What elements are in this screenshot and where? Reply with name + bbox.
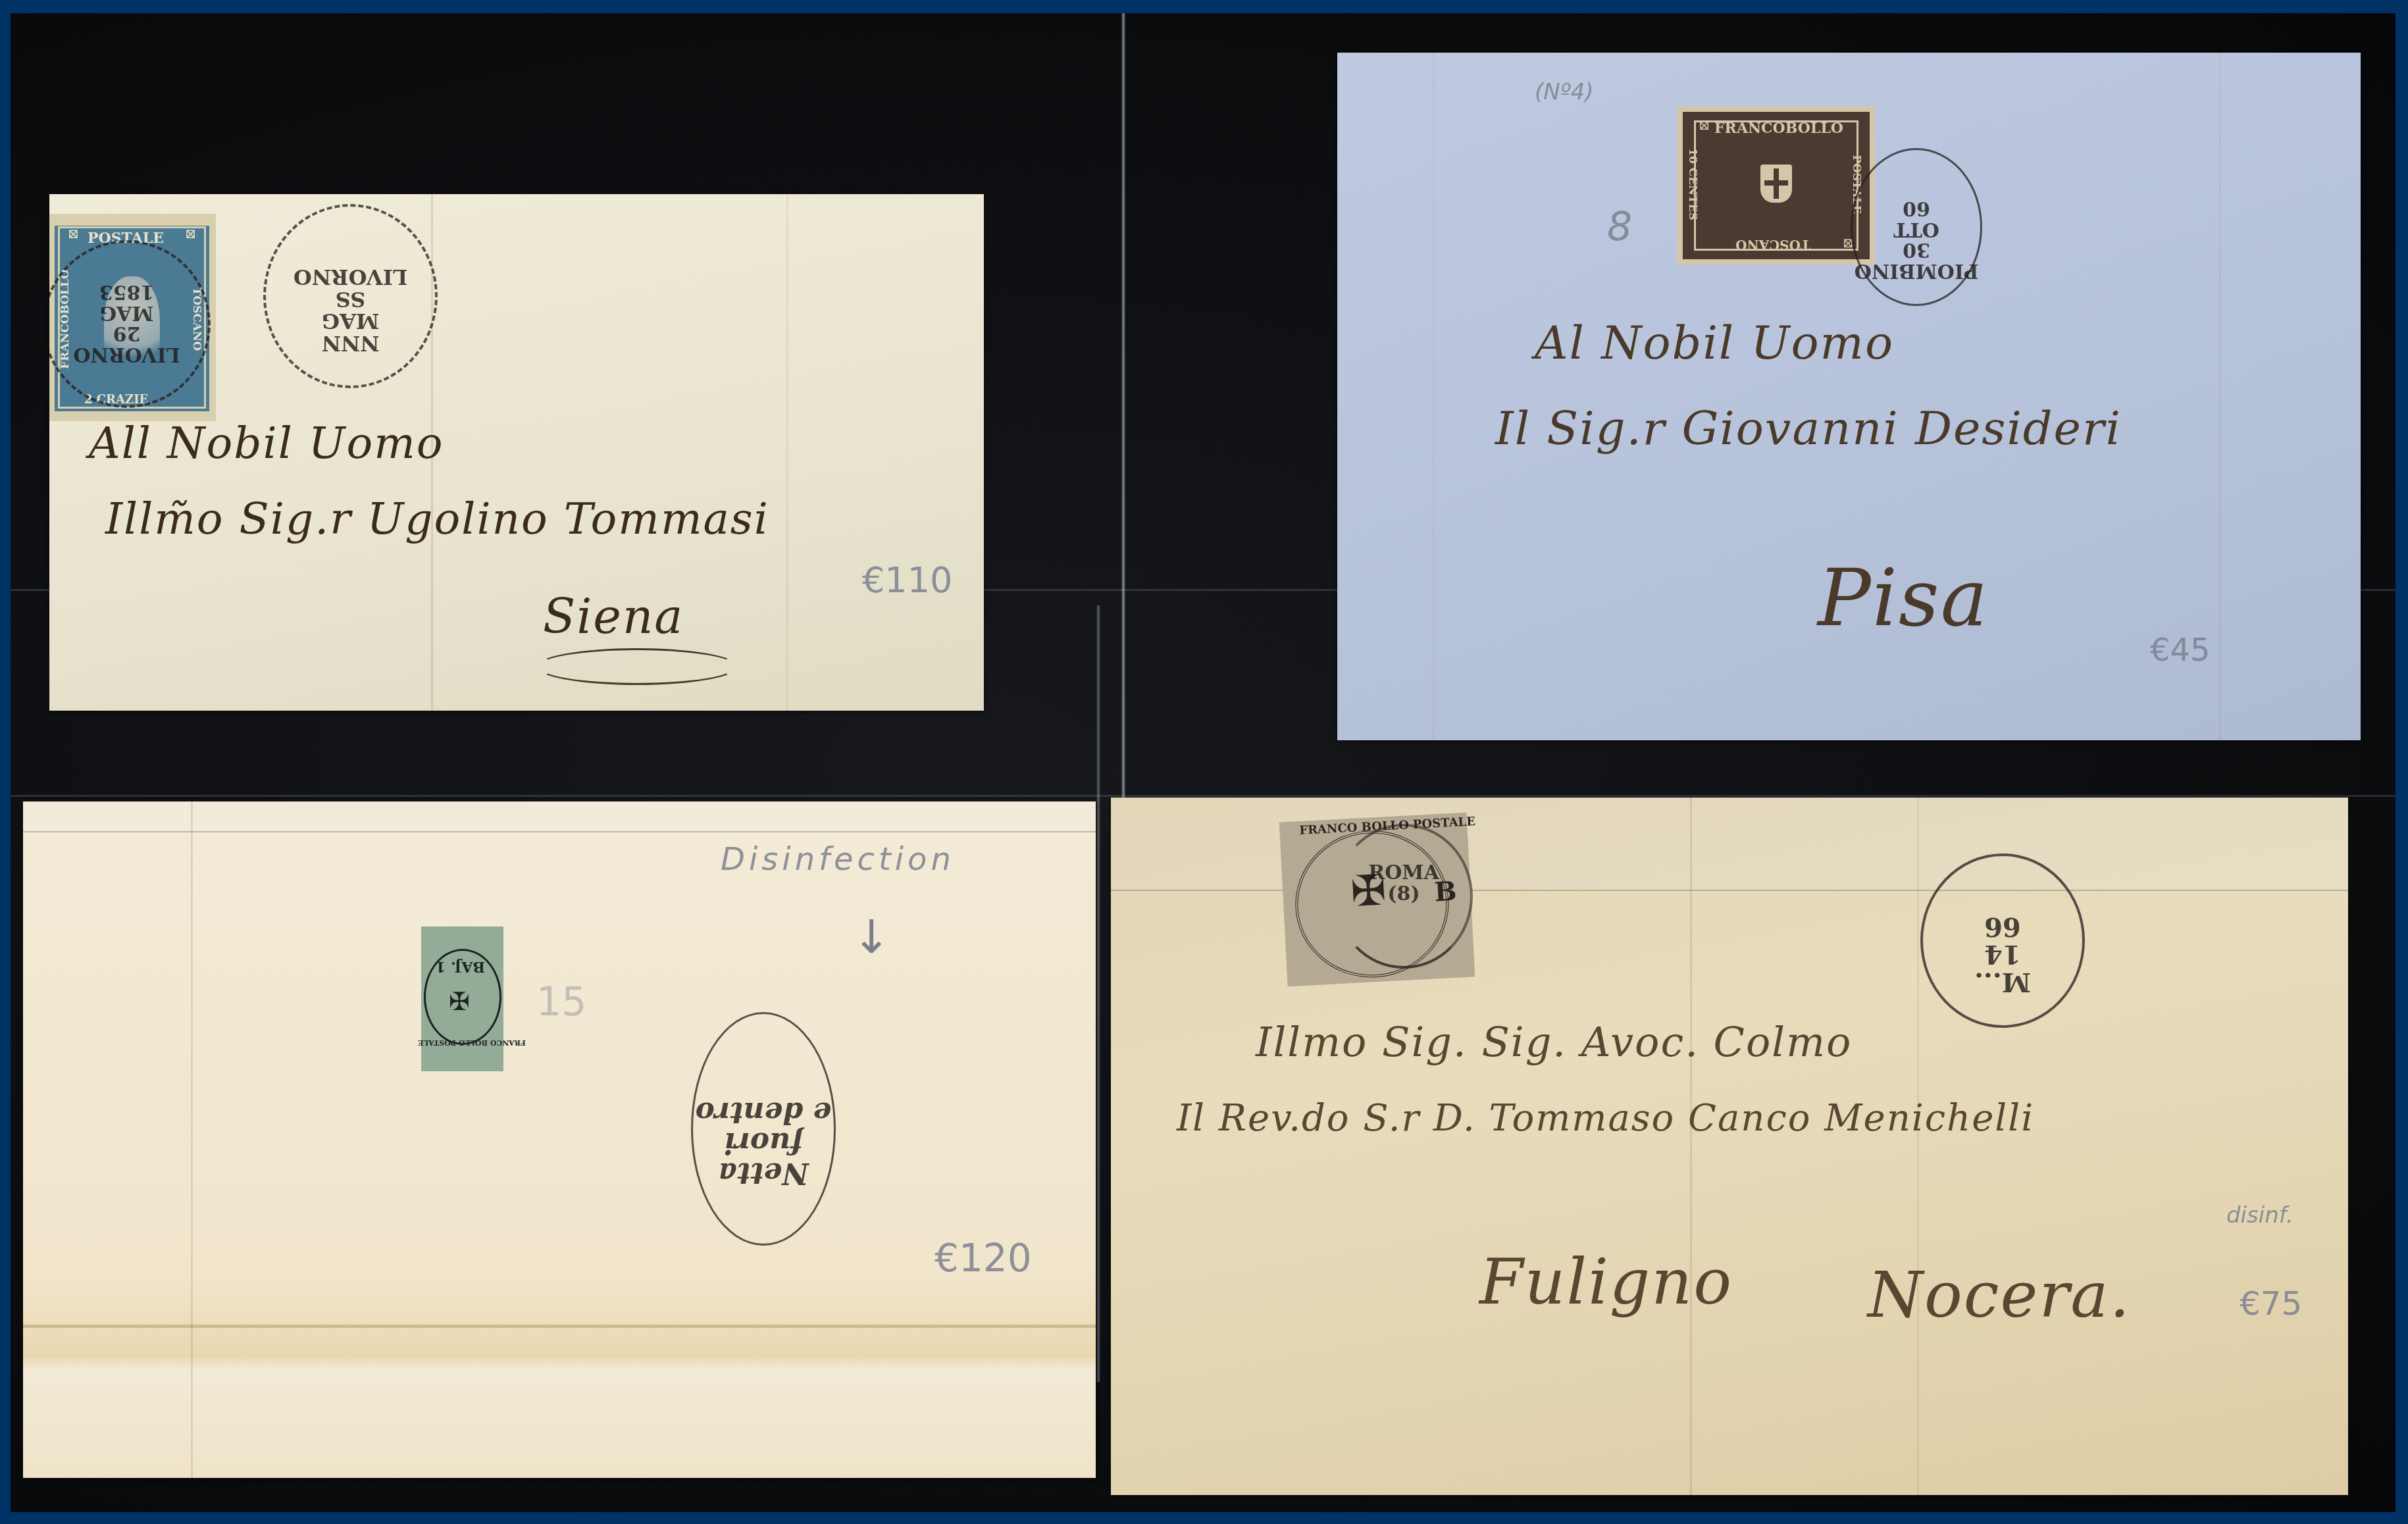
cancel-postmark-roma: ROMA (8)	[1335, 824, 1473, 969]
cover-piombino-to-pisa: (Nº4) 8 FRANCOBOLLO TOSCANO 10 CENTES PO…	[1337, 53, 2361, 740]
cover-livorno-to-siena: POSTALE 2 CRAZIE FRANCOBOLLO TOSCANO ⊠ ⊠…	[49, 194, 984, 711]
price-note: €110	[862, 559, 952, 601]
price-note: €120	[935, 1236, 1032, 1281]
arrow-down-icon: ↓	[852, 910, 891, 964]
mount-strip-edge	[11, 795, 2395, 797]
address-city: Siena	[543, 589, 684, 644]
disinfection-label: Disinfection	[721, 841, 955, 878]
address-line-1: All Nobil Uomo	[89, 418, 444, 469]
stamp-ring-text: FRANCO BOLLO POSTALE	[418, 1038, 526, 1047]
mount-strip-divider	[1121, 13, 1125, 809]
cover-papal-disinfected: Disinfection ↓ 15 BAJ. 1 FRANCO BOLLO PO…	[23, 801, 1096, 1478]
mount-strip-divider	[1096, 605, 1100, 1382]
town-postmark: M... 14 66	[1920, 853, 2085, 1028]
address-line-2: Il Rev.do S.r D. Tommaso Canco Menichell…	[1177, 1097, 2034, 1140]
corner-ornament-icon: ⊠	[60, 227, 87, 250]
stamp-top-text: FRANCOBOLLO	[1714, 120, 1843, 137]
docket-note: (Nº4)	[1535, 79, 1594, 105]
arrival-postmark: NNN MAG SS LIVORNO	[263, 204, 438, 388]
address-city: Pisa	[1818, 553, 1989, 644]
pencil-number: 15	[536, 979, 586, 1025]
price-note: €45	[2150, 632, 2211, 669]
address-line-1: Al Nobil Uomo	[1535, 316, 1894, 370]
corner-ornament-icon: ⊠	[177, 227, 204, 250]
fold-line	[2219, 53, 2221, 740]
fold-line	[786, 194, 788, 711]
stamp-bottom-text: TOSCANO	[1735, 237, 1810, 253]
savoy-cross-icon	[1760, 165, 1792, 203]
cover-papal-to-nocera: FRANCO BOLLO POSTALE B ✠ ROMA (8) M... 1…	[1111, 798, 2348, 1495]
address-line-2: Il Sig.r Giovanni Desideri	[1495, 401, 2122, 455]
town-postmark-piombino: PIOMBINO 30 OTT 60	[1851, 148, 1982, 306]
stamp-left-text: 10 CENTES	[1686, 148, 1699, 220]
mount-sleeve	[23, 801, 1096, 832]
address-city-2: Nocera.	[1868, 1258, 2131, 1332]
address-city-1: Fuligno	[1479, 1245, 1733, 1319]
keys-icon: ✠	[446, 989, 473, 1015]
stamp-tuscany-10-centesimi: FRANCOBOLLO TOSCANO 10 CENTES POSTALE ⊠ …	[1678, 107, 1875, 265]
address-line-2: Illm̃o Sig.r Ugolino Tommasi	[105, 494, 769, 544]
fold-line	[23, 1325, 1096, 1328]
pencil-disinfection-note: disinf.	[2226, 1202, 2293, 1229]
address-line-1: Illmo Sig. Sig. Avoc. Colmo	[1256, 1018, 1852, 1066]
disinfection-cachet: Netta fuori e dentro	[691, 1012, 836, 1246]
fold-line	[1690, 798, 1692, 1495]
stamp-value-text: BAJ. 1	[436, 958, 485, 975]
flourish	[536, 648, 738, 685]
stamp-papal-1-baj: BAJ. 1 FRANCO BOLLO POSTALE ✠	[421, 927, 503, 1071]
price-note: €75	[2240, 1284, 2302, 1323]
corner-ornament-icon: ⊠	[1689, 118, 1719, 135]
fold-line	[1433, 53, 1435, 740]
fold-line	[1917, 798, 1919, 1495]
fold-line	[191, 801, 193, 1478]
cancel-postmark-livorno: LIVORNO 29 MAG 1853	[49, 240, 211, 408]
side-note: 8	[1607, 204, 1632, 250]
